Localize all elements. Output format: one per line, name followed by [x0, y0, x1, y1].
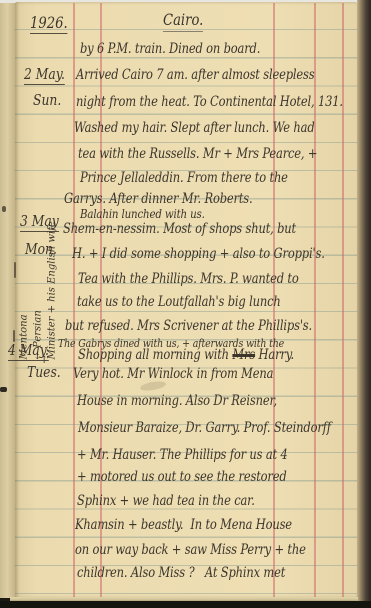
diary-line: Prince Jellaleddin. From there to the [80, 169, 288, 187]
diary-line: Shem-en-nessim. Most of shops shut, but [63, 220, 296, 238]
scanner-background-bottom [0, 601, 371, 608]
diary-line: tea with the Russells. Mr + Mrs Pearce, … [78, 145, 317, 163]
diary-line: on our way back + saw Miss Perry + the [75, 541, 306, 559]
diary-line-with-strikethrough: Shopping all morning with Mrs Harry. [78, 346, 294, 364]
page-title: Cairo. [163, 11, 203, 29]
margin-note-line: Mentona [18, 225, 32, 360]
diary-line: Tea with the Phillips. Mrs. P. wanted to [78, 270, 299, 288]
diary-line: night from the heat. To Continental Hote… [76, 93, 343, 111]
entry-date: 2 May. [24, 67, 65, 83]
margin-vertical-note: Mentona ← Persian Minister + his English… [18, 225, 62, 360]
diary-line: but refused. Mrs Scrivener at the Philli… [65, 317, 312, 335]
diary-line: Monsieur Baraize, Dr. Garry. Prof. Stein… [78, 419, 331, 437]
line-text: Harry. [255, 347, 294, 363]
diary-line: + motored us out to see the restored [77, 468, 287, 486]
entry-day: Tues. [27, 365, 61, 381]
line-text: Shopping all morning with [78, 347, 232, 363]
diary-line: Sphinx + we had tea in the car. [77, 492, 255, 510]
diary-line: take us to the Loutfallah's big lunch [77, 293, 281, 311]
diary-line: Washed my hair. Slept after lunch. We ha… [74, 119, 315, 137]
diary-line: children. Also Miss ? At Sphinx met [77, 564, 285, 582]
diary-line: Very hot. Mr Winlock in from Mena [73, 365, 273, 383]
year-heading: 1926. [30, 14, 68, 32]
diary-line: House in morning. Also Dr Reisner, [77, 392, 277, 410]
entry-day: Sun. [33, 93, 61, 109]
diary-line: + Mr. Hauser. The Phillips for us at 4 [77, 446, 288, 464]
diary-line: H. + I did some shopping + also to Gropp… [72, 245, 325, 263]
book-right-edge [357, 0, 371, 608]
diary-line: Arrived Cairo 7 am. after almost sleeple… [76, 66, 315, 84]
margin-note-line: ← Persian [32, 225, 46, 360]
diary-line: by 6 P.M. train. Dined on board. [80, 40, 260, 58]
struck-word: Mrs [232, 347, 255, 363]
handwriting-layer: 1926. Cairo. 2 May. Sun. 3 May Mon. 4 Ma… [0, 0, 371, 608]
diary-page-scan: 1926. Cairo. 2 May. Sun. 3 May Mon. 4 Ma… [0, 0, 371, 608]
diary-line: Khamsin + beastly. In to Mena House [75, 516, 292, 534]
